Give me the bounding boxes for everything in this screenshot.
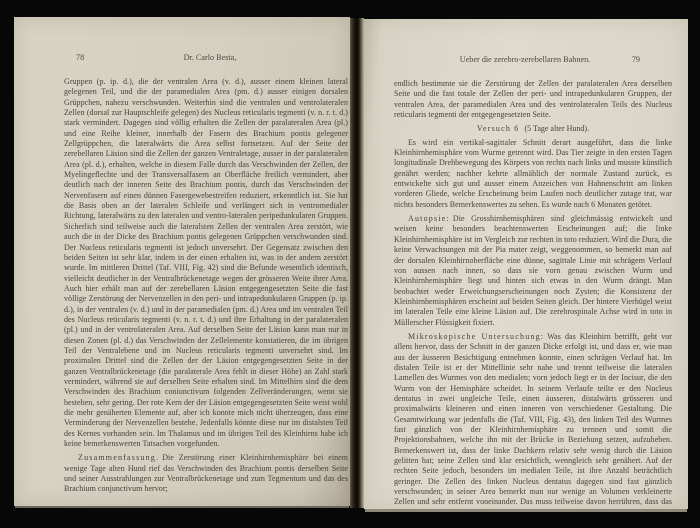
section-heading-rest: (5 Tage alter Hund). xyxy=(522,124,589,133)
section-heading: Versuch 6 (5 Tage alter Hund). xyxy=(394,124,672,134)
autopsy-text: Die Grosshirnhemisphären sind gleichmäss… xyxy=(394,214,672,326)
left-page-header: 78 Dr. Carlo Besta, xyxy=(64,53,348,64)
microscopy-paragraph: Mikroskopische Untersuchung:Was das Klei… xyxy=(394,332,672,509)
section-heading-lead: Versuch 6 xyxy=(477,124,523,133)
experiment-paragraph: Es wird ein vertikal-sagittaler Schnitt … xyxy=(394,138,672,210)
book-scan: 78 Dr. Carlo Besta, Gruppen (p. ip. d.),… xyxy=(0,0,700,528)
left-page: 78 Dr. Carlo Besta, Gruppen (p. ip. d.),… xyxy=(14,17,350,506)
left-page-text-block: 78 Dr. Carlo Besta, Gruppen (p. ip. d.),… xyxy=(64,53,348,495)
body-paragraph: Gruppen (p. ip. d.), die der ventralen A… xyxy=(64,77,348,449)
running-header-left: Dr. Carlo Besta, xyxy=(68,53,350,62)
microscopy-text: Was das Kleinhirn betrifft, geht vor all… xyxy=(394,332,672,509)
autopsy-paragraph: Autopsie:Die Grosshirnhemisphären sind g… xyxy=(394,214,672,328)
right-page-text-block: Ueber die zerebro-zerebellaren Bahnen. 7… xyxy=(394,55,672,509)
summary-paragraph: Zusammenfassung.Die Zerstörung einer Kle… xyxy=(64,453,348,494)
book-gutter xyxy=(350,18,364,508)
right-page: Ueber die zerebro-zerebellaren Bahnen. 7… xyxy=(364,19,688,509)
summary-lead: Zusammenfassung. xyxy=(78,453,162,462)
microscopy-lead: Mikroskopische Untersuchung: xyxy=(408,332,547,341)
right-page-header: Ueber die zerebro-zerebellaren Bahnen. 7… xyxy=(394,55,672,66)
running-header-right: Ueber die zerebro-zerebellaren Bahnen. xyxy=(386,55,664,64)
continuation-paragraph: endlich bestimmte sie die Zerstörung der… xyxy=(394,79,672,120)
page-number-right: 79 xyxy=(632,55,640,64)
autopsy-lead: Autopsie: xyxy=(408,214,453,223)
